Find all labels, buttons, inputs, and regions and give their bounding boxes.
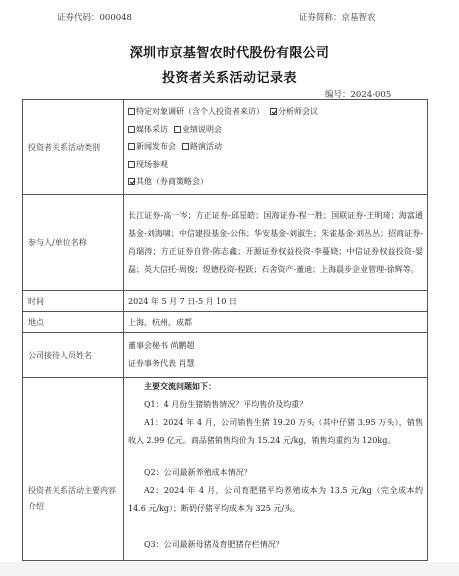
options-line-3: 新闻发布会路演活动: [128, 138, 423, 156]
checkbox-icon[interactable]: [128, 108, 135, 115]
reception-person: 证券事务代表 肖慧: [128, 355, 423, 373]
time-label: 时间: [23, 291, 124, 312]
row-main-content: 投资者关系活动主要内容介绍 主要交流问题如下： Q1：4 月份生猪销售情况？平均…: [23, 378, 428, 561]
row-location: 地点 上海、杭州、成都: [23, 312, 428, 333]
checkbox-icon[interactable]: [182, 143, 189, 150]
main-content-value: 主要交流问题如下： Q1：4 月份生猪销售情况？平均售价及均重？ A1：2024…: [124, 378, 428, 561]
security-name: 证券简称：京基智农: [299, 11, 376, 23]
options-line-5: 其他（券商策略会）: [128, 173, 423, 191]
checkbox-icon[interactable]: [128, 161, 135, 168]
row-participants: 参与人/单位名称 长江证券-高一岑；方正证券-邱星皓；国海证券-程一胜；国联证券…: [23, 195, 428, 291]
option-label: 新闻发布会: [136, 142, 176, 151]
checkbox-checked-icon[interactable]: [128, 178, 135, 185]
question-1: Q1：4 月份生猪销售情况？平均售价及均重？: [128, 396, 423, 414]
main-content-heading: 主要交流问题如下：: [128, 378, 423, 396]
page-bottom-margin: [0, 562, 459, 576]
participants-label: 参与人/单位名称: [23, 195, 124, 291]
options-line-4: 现场参观: [128, 156, 423, 174]
options-line-2: 媒体采访业绩说明会: [128, 121, 423, 139]
option-label: 路演活动: [190, 142, 222, 151]
participants-text: 长江证券-高一岑；方正证券-邱星皓；国海证券-程一胜；国联证券-王明琦；海富通基…: [128, 207, 423, 279]
location-value: 上海、杭州、成都: [124, 312, 428, 333]
location-label: 地点: [23, 312, 124, 333]
time-value: 2024 年 5 月 7 日-5 月 10 日: [124, 291, 428, 312]
option-label: 业绩说明会: [182, 125, 222, 134]
option-label: 现场参观: [136, 160, 168, 169]
form-title: 投资者关系活动记录表: [0, 67, 459, 86]
question-3: Q3：公司最新母猪及育肥猪存栏情况？: [128, 536, 423, 554]
option-label: 特定对象调研（含个人投资者来访）: [136, 107, 264, 116]
reception-label: 公司接待人员姓名: [23, 333, 124, 378]
checkbox-icon[interactable]: [128, 143, 135, 150]
options-line-1: 特定对象调研（含个人投资者来访）分析师会议: [128, 103, 423, 121]
activity-type-options: 特定对象调研（含个人投资者来访）分析师会议 媒体采访业绩说明会 新闻发布会路演活…: [124, 100, 428, 195]
activity-type-label: 投资者关系活动类别: [23, 100, 124, 195]
participants-value: 长江证券-高一岑；方正证券-邱星皓；国海证券-程一胜；国联证券-王明琦；海富通基…: [124, 195, 428, 291]
checkbox-checked-icon[interactable]: [270, 108, 277, 115]
reception-value: 董事会秘书 尚鹏超 证券事务代表 肖慧: [124, 333, 428, 378]
option-label: 其他（券商策略会）: [136, 177, 208, 186]
checkbox-icon[interactable]: [174, 126, 181, 133]
row-activity-type: 投资者关系活动类别 特定对象调研（含个人投资者来访）分析师会议 媒体采访业绩说明…: [23, 100, 428, 195]
record-table: 投资者关系活动类别 特定对象调研（含个人投资者来访）分析师会议 媒体采访业绩说明…: [22, 99, 428, 561]
checkbox-icon[interactable]: [128, 126, 135, 133]
answer-1: A1：2024 年 4 月，公司销售生猪 19.20 万头（其中仔猪 3.95 …: [128, 414, 423, 450]
security-name-label: 证券简称：: [299, 13, 342, 23]
row-time: 时间 2024 年 5 月 7 日-5 月 10 日: [23, 291, 428, 312]
option-label: 媒体采访: [136, 125, 168, 134]
reception-person: 董事会秘书 尚鹏超: [128, 337, 423, 355]
security-code: 证券代码：000048: [57, 11, 132, 23]
company-title: 深圳市京基智农时代股份有限公司: [0, 42, 459, 61]
question-2: Q2：公司最新养殖成本情况？: [128, 464, 423, 482]
security-name-value: 京基智农: [342, 13, 376, 23]
main-content-label: 投资者关系活动主要内容介绍: [23, 378, 124, 561]
row-reception: 公司接待人员姓名 董事会秘书 尚鹏超 证券事务代表 肖慧: [23, 333, 428, 378]
option-label: 分析师会议: [278, 107, 318, 116]
answer-2: A2：2024 年 4 月，公司育肥猪平均养殖成本为 13.5 元/kg（完全成…: [128, 482, 423, 518]
security-code-label: 证券代码：: [57, 13, 100, 23]
security-code-value: 000048: [100, 13, 132, 23]
